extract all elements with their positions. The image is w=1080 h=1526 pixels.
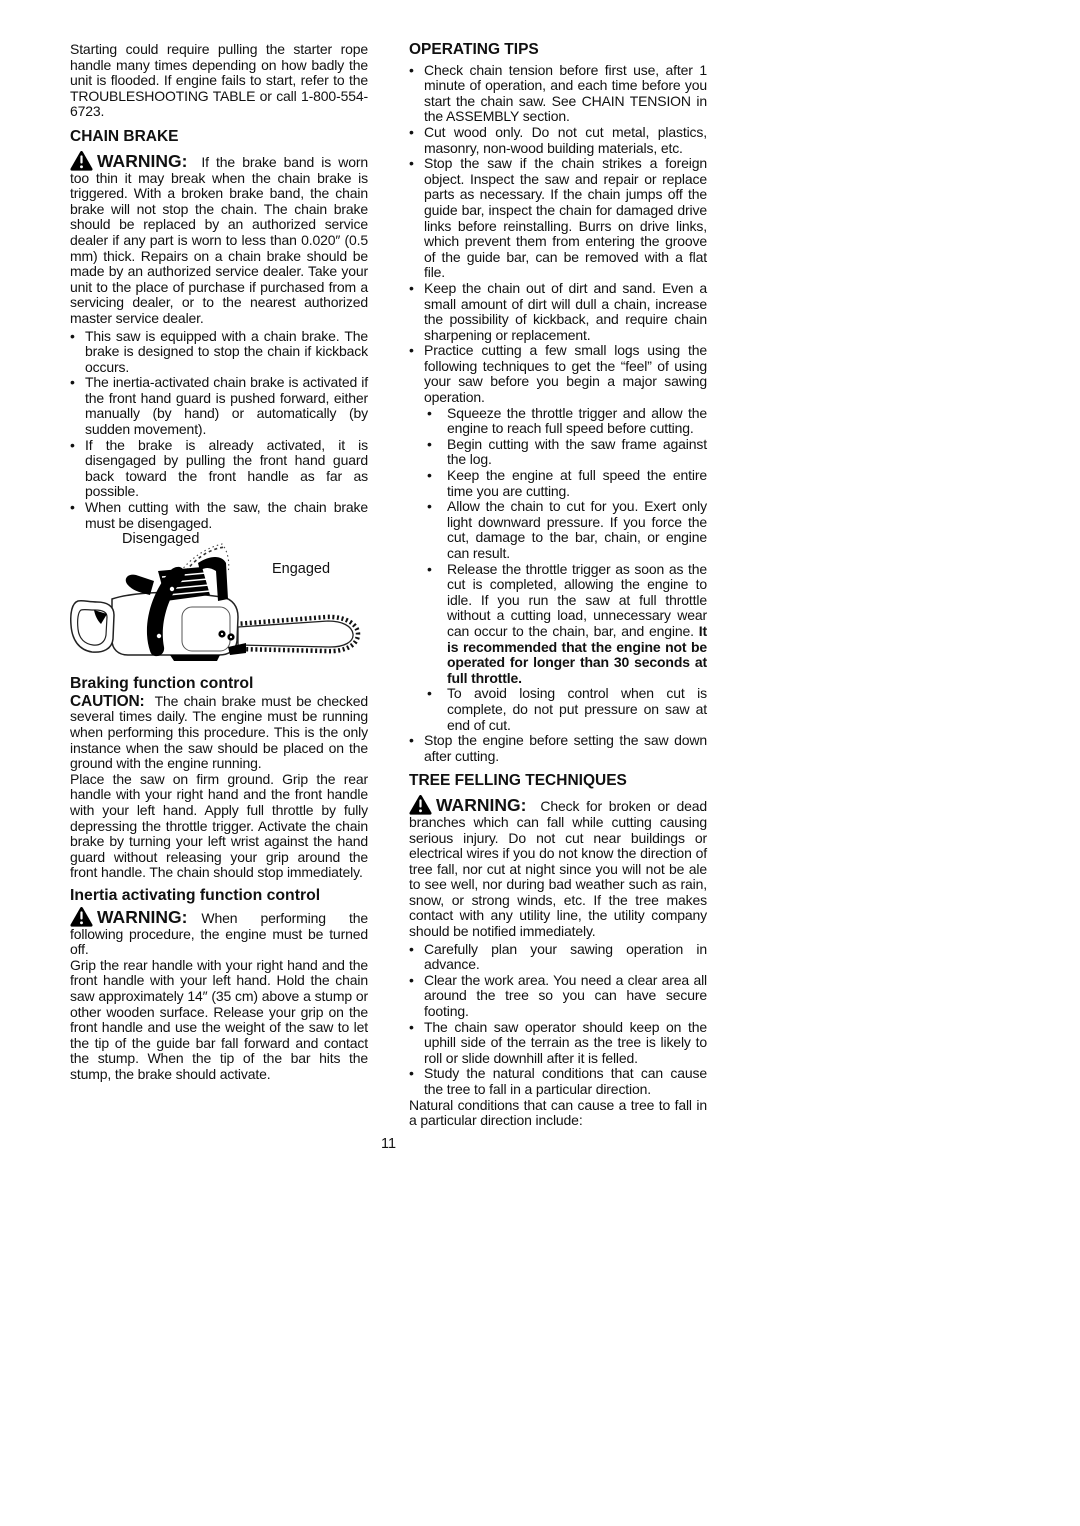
warning-text: Check for broken or dead branches which … bbox=[409, 798, 707, 939]
list-item-text: To avoid losing control when cut is comp… bbox=[447, 686, 707, 733]
list-item-sub: • To avoid losing control when cut is co… bbox=[409, 686, 707, 733]
list-item-text: Keep the engine at full speed the entire… bbox=[447, 468, 707, 499]
warning-block-inertia: WARNING:When performing the following pr… bbox=[70, 906, 368, 958]
bullet-icon: • bbox=[427, 437, 447, 468]
warning-block-tree-felling: WARNING:Check for broken or dead branche… bbox=[409, 794, 707, 940]
list-item-text: Stop the saw if the chain strikes a fore… bbox=[424, 156, 707, 281]
list-item: • When cutting with the saw, the chain b… bbox=[70, 500, 368, 531]
list-item-text: Check chain tension before first use, af… bbox=[424, 63, 707, 125]
tree-felling-heading: TREE FELLING TECHNIQUES bbox=[409, 773, 707, 789]
list-item: • This saw is equipped with a chain brak… bbox=[70, 329, 368, 376]
list-item-text: Cut wood only. Do not cut metal, plastic… bbox=[424, 125, 707, 156]
list-item: • Cut wood only. Do not cut metal, plast… bbox=[409, 125, 707, 156]
bullet-icon: • bbox=[409, 942, 424, 973]
list-item-text: Release the throttle trigger as soon as … bbox=[447, 562, 707, 687]
operating-tips-heading: OPERATING TIPS bbox=[409, 42, 707, 58]
bullet-icon: • bbox=[409, 973, 424, 1020]
list-item: • The inertia-activated chain brake is a… bbox=[70, 375, 368, 437]
chainsaw-illustration bbox=[70, 543, 368, 669]
list-item-text: Practice cutting a few small logs using … bbox=[424, 343, 707, 405]
list-item: • Check chain tension before first use, … bbox=[409, 63, 707, 125]
bullet-icon: • bbox=[409, 156, 424, 281]
chain-brake-heading: CHAIN BRAKE bbox=[70, 129, 368, 145]
operating-tips-list: • Check chain tension before first use, … bbox=[409, 63, 707, 765]
list-item-sub: • Begin cutting with the saw frame again… bbox=[409, 437, 707, 468]
intro-paragraph: Starting could require pulling the start… bbox=[70, 42, 368, 120]
closing-paragraph: Natural conditions that can cause a tree… bbox=[409, 1098, 707, 1129]
bullet-icon: • bbox=[409, 281, 424, 343]
list-item-text: Allow the chain to cut for you. Exert on… bbox=[447, 499, 707, 561]
bullet-icon: • bbox=[409, 125, 424, 156]
list-item-text: Keep the chain out of dirt and sand. Eve… bbox=[424, 281, 707, 343]
bullet-icon: • bbox=[409, 733, 424, 764]
list-item-sub: • Squeeze the throttle trigger and allow… bbox=[409, 406, 707, 437]
caution-label: CAUTION: bbox=[70, 693, 145, 710]
list-item: • Stop the engine before setting the saw… bbox=[409, 733, 707, 764]
chain-brake-bullet-list: • This saw is equipped with a chain brak… bbox=[70, 329, 368, 532]
column-left: Starting could require pulling the start… bbox=[70, 42, 368, 1082]
braking-function-heading: Braking function control bbox=[70, 676, 368, 692]
bullet-icon: • bbox=[70, 329, 85, 376]
bullet-icon: • bbox=[427, 406, 447, 437]
bullet-icon: • bbox=[427, 686, 447, 733]
warning-triangle-icon bbox=[70, 906, 93, 927]
list-item-sub: • Keep the engine at full speed the enti… bbox=[409, 468, 707, 499]
bullet-icon: • bbox=[409, 1020, 424, 1067]
list-item-text: The chain saw operator should keep on th… bbox=[424, 1020, 707, 1067]
list-item: • Practice cutting a few small logs usin… bbox=[409, 343, 707, 405]
warning-label: WARNING: bbox=[436, 795, 526, 815]
page-number: 11 bbox=[381, 1136, 396, 1152]
list-item: • The chain saw operator should keep on … bbox=[409, 1020, 707, 1067]
list-item: • Carefully plan your sawing operation i… bbox=[409, 942, 707, 973]
inertia-paragraph: Grip the rear handle with your right han… bbox=[70, 958, 368, 1083]
list-item: • Keep the chain out of dirt and sand. E… bbox=[409, 281, 707, 343]
bullet-icon: • bbox=[70, 375, 85, 437]
bullet-icon: • bbox=[70, 438, 85, 500]
list-item: • Stop the saw if the chain strikes a fo… bbox=[409, 156, 707, 281]
bullet-icon: • bbox=[70, 500, 85, 531]
list-item-text: Stop the engine before setting the saw d… bbox=[424, 733, 707, 764]
warning-triangle-icon bbox=[409, 794, 432, 815]
warning-text: If the brake band is worn too thin it ma… bbox=[70, 154, 368, 326]
chainsaw-figure: Disengaged Engaged bbox=[70, 535, 368, 669]
list-item-text: If the brake is already activated, it is… bbox=[85, 438, 368, 500]
warning-label: WARNING: bbox=[97, 151, 187, 171]
warning-label: WARNING: bbox=[97, 907, 187, 927]
list-item-sub: • Release the throttle trigger as soon a… bbox=[409, 562, 707, 687]
list-item-text: Study the natural conditions that can ca… bbox=[424, 1066, 707, 1097]
bullet-icon: • bbox=[427, 468, 447, 499]
list-item: • Clear the work area. You need a clear … bbox=[409, 973, 707, 1020]
bullet-icon: • bbox=[427, 562, 447, 687]
bullet-icon: • bbox=[427, 499, 447, 561]
list-item: • Study the natural conditions that can … bbox=[409, 1066, 707, 1097]
warning-triangle-icon bbox=[70, 150, 93, 171]
bullet-icon: • bbox=[409, 343, 424, 405]
list-item-text: The inertia-activated chain brake is act… bbox=[85, 375, 368, 437]
column-right: OPERATING TIPS • Check chain tension bef… bbox=[409, 42, 707, 1129]
release-text-normal: Release the throttle trigger as soon as … bbox=[447, 561, 707, 639]
inertia-function-heading: Inertia activating function control bbox=[70, 888, 368, 904]
list-item: • If the brake is already activated, it … bbox=[70, 438, 368, 500]
tree-felling-list: • Carefully plan your sawing operation i… bbox=[409, 942, 707, 1098]
list-item-text: Squeeze the throttle trigger and allow t… bbox=[447, 406, 707, 437]
list-item-text: Begin cutting with the saw frame against… bbox=[447, 437, 707, 468]
caution-paragraph: CAUTION:The chain brake must be checked … bbox=[70, 694, 368, 772]
list-item-text: Carefully plan your sawing operation in … bbox=[424, 942, 707, 973]
list-item-text: Clear the work area. You need a clear ar… bbox=[424, 973, 707, 1020]
list-item-text: When cutting with the saw, the chain bra… bbox=[85, 500, 368, 531]
list-item-sub: • Allow the chain to cut for you. Exert … bbox=[409, 499, 707, 561]
braking-paragraph: Place the saw on firm ground. Grip the r… bbox=[70, 772, 368, 881]
warning-block-chain-brake: WARNING:If the brake band is worn too th… bbox=[70, 150, 368, 327]
list-item-text: This saw is equipped with a chain brake.… bbox=[85, 329, 368, 376]
bullet-icon: • bbox=[409, 1066, 424, 1097]
bullet-icon: • bbox=[409, 63, 424, 125]
manual-page: Starting could require pulling the start… bbox=[0, 0, 1080, 1526]
